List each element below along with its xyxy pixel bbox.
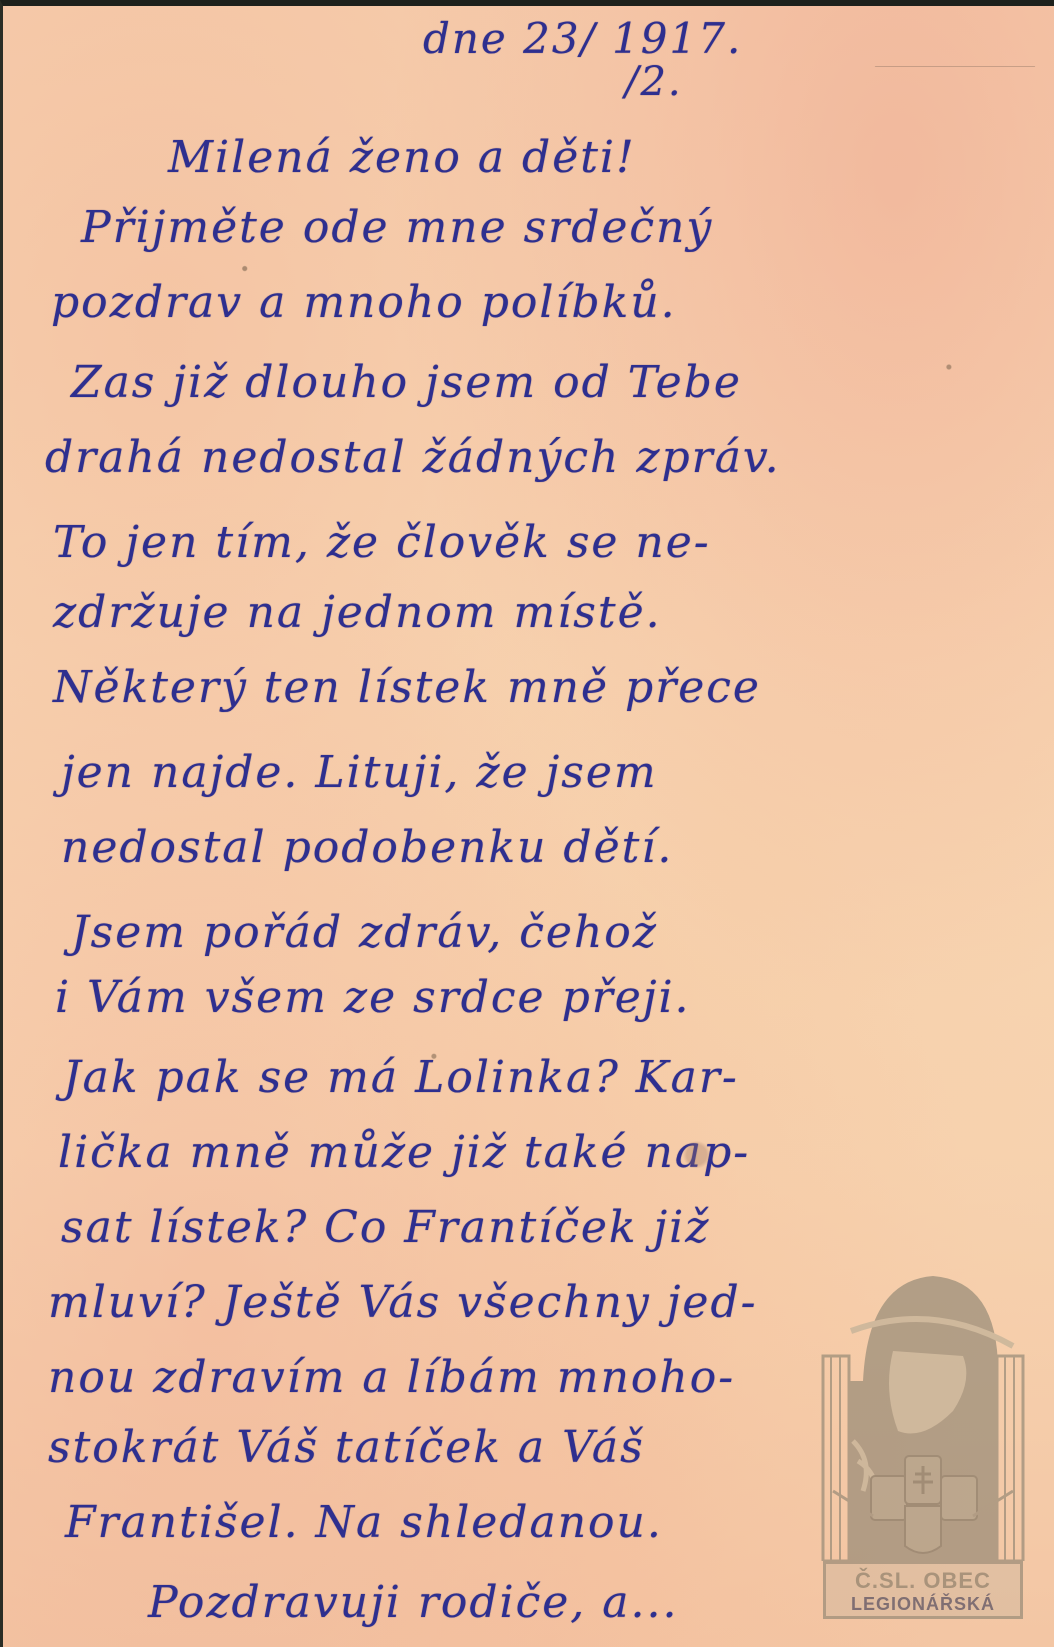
letter-line: Některý ten lístek mně přece xyxy=(53,666,761,710)
letter-closing: Pozdravuji rodiče, a... xyxy=(148,1581,678,1625)
letter-line: Přijměte ode mne srdečný xyxy=(81,206,713,250)
letter-greeting: Milená ženo a děti! xyxy=(168,136,636,180)
letter-line: sat lístek? Co Frantíček již xyxy=(61,1206,710,1250)
letter-line: Františel. Na shledanou. xyxy=(65,1501,663,1545)
letter-line: i Vám všem ze srdce přeji. xyxy=(55,976,691,1020)
letter-line: mluví? Ještě Vás všechny jed- xyxy=(48,1281,758,1325)
legionnaire-emblem-icon xyxy=(813,1261,1033,1561)
letter-line: drahá nedostal žádných zpráv. xyxy=(45,436,781,480)
paper-crease xyxy=(833,6,1036,67)
letter-line: Zas již dlouho jsem od Tebe xyxy=(71,361,742,405)
watermark-logo: Č.SL. OBEC LEGIONÁŘSKÁ xyxy=(813,1261,1033,1626)
letter-line: To jen tím, že člověk se ne- xyxy=(53,521,711,565)
watermark-line-1: Č.SL. OBEC xyxy=(826,1568,1020,1594)
letter-line: lička mně může již také nap- xyxy=(58,1131,750,1175)
letter-line: jen najde. Lituji, že jsem xyxy=(61,751,658,795)
letter-line: nou zdravím a líbám mnoho- xyxy=(48,1356,735,1400)
letter-line: stokrát Váš tatíček a Váš xyxy=(48,1426,645,1470)
letter-date-month: /2. xyxy=(625,62,683,102)
letter-line: Jsem pořád zdráv, čehož xyxy=(71,911,658,955)
letter-date: dne 23/ 1917. xyxy=(423,18,742,60)
letter-line: zdržuje na jednom místě. xyxy=(53,591,662,635)
letter-line: pozdrav a mnoho políbků. xyxy=(51,281,677,325)
letter-line: Jak pak se má Lolinka? Kar- xyxy=(63,1056,739,1100)
watermark-line-2: LEGIONÁŘSKÁ xyxy=(826,1594,1020,1615)
letter-line: nedostal podobenku dětí. xyxy=(61,826,673,870)
letter-page: dne 23/ 1917. /2. Milená ženo a děti! Př… xyxy=(0,0,1054,1647)
watermark-banner: Č.SL. OBEC LEGIONÁŘSKÁ xyxy=(823,1561,1023,1619)
